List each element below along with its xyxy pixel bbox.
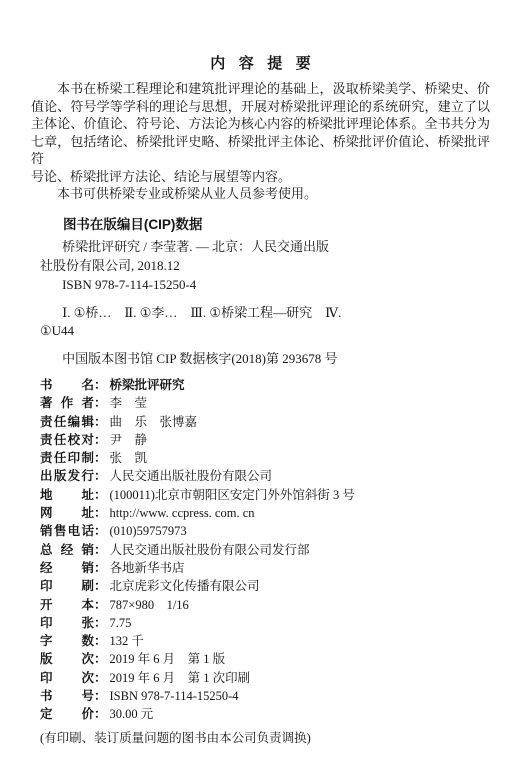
cip-heading: 图书在版编目(CIP)数据 (40, 216, 492, 235)
cip-data-section: 图书在版编目(CIP)数据 桥梁批评研究 / 李莹著. — 北京：人民交通出版 … (40, 216, 492, 369)
general-distributor-label: 总经销 (40, 541, 94, 559)
address-value: (100011)北京市朝阳区安定门外外馆斜街 3 号 (110, 486, 496, 504)
website-label: 网址 (40, 504, 94, 522)
format-value: 787×980 1/16 (110, 596, 496, 614)
label-colon: ： (94, 486, 107, 504)
sales-phone-label: 销售电话 (40, 522, 94, 540)
cip-classification-line: Ⅰ. ①桥… Ⅱ. ①李… Ⅲ. ①桥梁工程—研究 Ⅳ. (40, 304, 492, 323)
executive-editor-row: 责任编辑： 曲 乐 张博嘉 (40, 413, 496, 431)
impression-label: 印次 (40, 669, 94, 687)
executive-editor-label: 责任编辑 (40, 413, 94, 431)
label-colon: ： (94, 431, 107, 449)
printed-sheets-value: 7.75 (110, 614, 496, 632)
summary-line: 主体论、价值论、符号论、方法论为核心内容的桥梁批评理论体系。全书共分为 (31, 115, 490, 133)
cip-record-number: 中国版本图书馆 CIP 数据核字(2018)第 293678 号 (40, 350, 492, 369)
book-title-row: 书名： 桥梁批评研究 (40, 376, 496, 394)
author-value: 李 莹 (110, 394, 496, 412)
printed-sheets-label: 印张 (40, 614, 94, 632)
summary-audience-line: 本书可供桥梁专业或桥梁从业人员参考使用。 (31, 185, 490, 203)
label-colon: ： (94, 577, 107, 595)
edition-value: 2019 年 6 月 第 1 版 (110, 650, 496, 668)
book-title-label: 书名 (40, 376, 94, 394)
distributor-value: 各地新华书店 (110, 559, 496, 577)
format-label: 开本 (40, 596, 94, 614)
publisher-value: 人民交通出版社股份有限公司 (110, 467, 496, 485)
printed-sheets-row: 印张： 7.75 (40, 614, 496, 632)
price-label: 定价 (40, 705, 94, 723)
label-colon: ： (94, 705, 107, 723)
impression-value: 2019 年 6 月 第 1 次印刷 (110, 669, 496, 687)
label-colon: ： (94, 614, 107, 632)
content-summary-title: 内容提要 (31, 52, 490, 73)
website-value: http://www. ccpress. com. cn (110, 504, 496, 522)
book-title-value: 桥梁批评研究 (110, 376, 496, 394)
summary-line: 值论、符号学等学科的理论与思想，开展对桥梁批评理论的系统研究，建立了以 (31, 98, 490, 116)
printer-value: 北京虎彩文化传播有限公司 (110, 577, 496, 595)
copyright-page: 内容提要 本书在桥梁工程理论和建筑批评理论的基础上，汲取桥梁美学、桥梁史、价 值… (0, 0, 520, 747)
distributor-row: 经销： 各地新华书店 (40, 559, 496, 577)
summary-line: 本书在桥梁工程理论和建筑批评理论的基础上，汲取桥梁美学、桥梁史、价 (31, 80, 490, 98)
price-value: 30.00 元 (110, 705, 496, 723)
impression-row: 印次： 2019 年 6 月 第 1 次印刷 (40, 669, 496, 687)
author-label: 著作者 (40, 394, 94, 412)
content-summary-section: 内容提要 本书在桥梁工程理论和建筑批评理论的基础上，汲取桥梁美学、桥梁史、价 值… (31, 52, 490, 203)
publisher-label: 出版发行 (40, 467, 94, 485)
isbn-row: 书号： ISBN 978-7-114-15250-4 (40, 687, 496, 705)
proofreader-label: 责任校对 (40, 431, 94, 449)
print-supervisor-row: 责任印制： 张 凯 (40, 449, 496, 467)
isbn-label: 书号 (40, 687, 94, 705)
sales-phone-value: (010)59757973 (110, 522, 496, 540)
word-count-value: 132 千 (110, 632, 496, 650)
proofreader-value: 尹 静 (110, 431, 496, 449)
label-colon: ： (94, 376, 107, 394)
printer-label: 印刷 (40, 577, 94, 595)
address-label: 地址 (40, 486, 94, 504)
print-supervisor-value: 张 凯 (110, 449, 496, 467)
label-colon: ： (94, 541, 107, 559)
label-colon: ： (94, 394, 107, 412)
general-distributor-value: 人民交通出版社股份有限公司发行部 (110, 541, 496, 559)
label-colon: ： (94, 522, 107, 540)
edition-label: 版次 (40, 650, 94, 668)
word-count-row: 字数： 132 千 (40, 632, 496, 650)
label-colon: ： (94, 596, 107, 614)
format-row: 开本： 787×980 1/16 (40, 596, 496, 614)
label-colon: ： (94, 413, 107, 431)
word-count-label: 字数 (40, 632, 94, 650)
summary-line: 号论、桥梁批评方法论、结论与展望等内容。 (31, 168, 490, 186)
cip-entry-line: 桥梁批评研究 / 李莹著. — 北京：人民交通出版 (40, 238, 492, 257)
distributor-label: 经销 (40, 559, 94, 577)
quality-exchange-note: (有印刷、装订质量问题的图书由本公司负责调换) (40, 729, 496, 747)
label-colon: ： (94, 650, 107, 668)
cip-classification-code: ①U44 (40, 322, 492, 341)
website-row: 网址： http://www. ccpress. com. cn (40, 504, 496, 522)
author-row: 著作者： 李 莹 (40, 394, 496, 412)
label-colon: ： (94, 504, 107, 522)
label-colon: ： (94, 687, 107, 705)
label-colon: ： (94, 632, 107, 650)
label-colon: ： (94, 559, 107, 577)
label-colon: ： (94, 467, 107, 485)
colophon-section: 书名： 桥梁批评研究 著作者： 李 莹 责任编辑： 曲 乐 张博嘉 责任校对： … (40, 376, 496, 747)
proofreader-row: 责任校对： 尹 静 (40, 431, 496, 449)
executive-editor-value: 曲 乐 张博嘉 (110, 413, 496, 431)
print-supervisor-label: 责任印制 (40, 449, 94, 467)
summary-line: 七章，包括绪论、桥梁批评史略、桥梁批评主体论、桥梁批评价值论、桥梁批评符 (31, 133, 490, 168)
address-row: 地址： (100011)北京市朝阳区安定门外外馆斜街 3 号 (40, 486, 496, 504)
label-colon: ： (94, 669, 107, 687)
price-row: 定价： 30.00 元 (40, 705, 496, 723)
sales-phone-row: 销售电话： (010)59757973 (40, 522, 496, 540)
edition-row: 版次： 2019 年 6 月 第 1 版 (40, 650, 496, 668)
printer-row: 印刷： 北京虎彩文化传播有限公司 (40, 577, 496, 595)
publisher-row: 出版发行： 人民交通出版社股份有限公司 (40, 467, 496, 485)
general-distributor-row: 总经销： 人民交通出版社股份有限公司发行部 (40, 541, 496, 559)
cip-entry-line: 社股份有限公司, 2018.12 (40, 257, 492, 276)
cip-isbn: ISBN 978-7-114-15250-4 (40, 276, 492, 295)
label-colon: ： (94, 449, 107, 467)
isbn-value: ISBN 978-7-114-15250-4 (110, 687, 496, 705)
